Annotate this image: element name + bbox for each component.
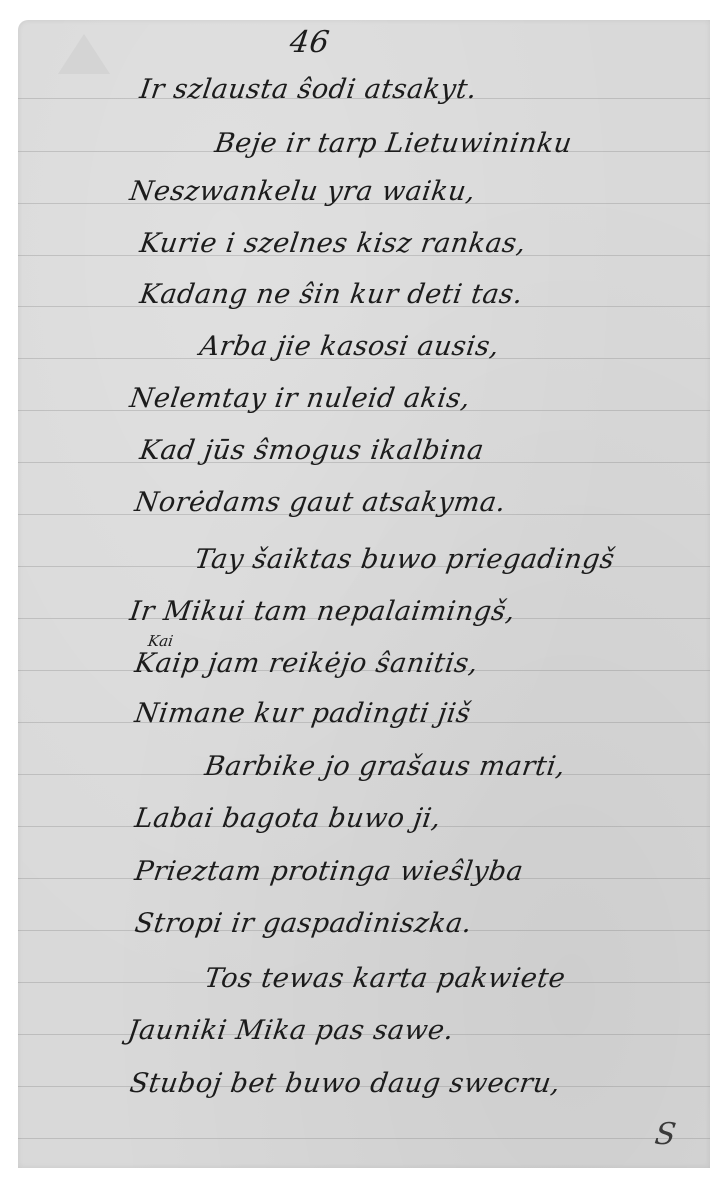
manuscript-line: Kaip jam reikėjo ŝanitis, [133,650,480,677]
manuscript-line: Ir szlausta ŝodi atsakyt. [138,76,479,103]
ruled-line [18,1138,710,1139]
paper-stain [58,34,110,74]
manuscript-line: Beje ir tarp Lietuwininku [213,130,574,157]
manuscript-line: Kad jūs ŝmogus ikalbina [138,437,486,464]
manuscript-line: Kurie i szelnes kisz rankas, [138,230,528,257]
manuscript-line: Tay šaiktas buwo priegadingš [193,546,616,573]
manuscript-line: Jauniki Mika pas sawe. [126,1017,455,1044]
manuscript-line: Kadang ne ŝin kur deti tas. [138,281,525,308]
manuscript-line: Nelemtay ir nuleid akis, [128,385,472,412]
manuscript-line: Ir Mikui tam nepalaimingš, [128,598,517,625]
manuscript-line: Barbike jo grašaus marti, [203,753,567,780]
insertion-note: Kai [147,634,174,649]
footer-signature-mark: S [653,1120,678,1150]
manuscript-line: Labai bagota buwo ji, [133,805,443,832]
manuscript-line: Stropi ir gaspadiniszka. [133,910,474,937]
manuscript-line: Arba jie kasosi ausis, [198,333,501,360]
manuscript-line: Norėdams gaut atsakyma. [133,489,507,516]
manuscript-line: Tos tewas karta pakwiete [203,965,567,992]
manuscript-line: Neszwankelu yra waiku, [128,178,477,205]
manuscript-line: Stuboj bet buwo daug swecru, [128,1070,562,1097]
page-number: 46 [288,28,331,58]
manuscript-line: Nimane kur padingti jiš [133,700,472,727]
manuscript-line: Prieztam protinga wieŝlyba [133,858,525,885]
